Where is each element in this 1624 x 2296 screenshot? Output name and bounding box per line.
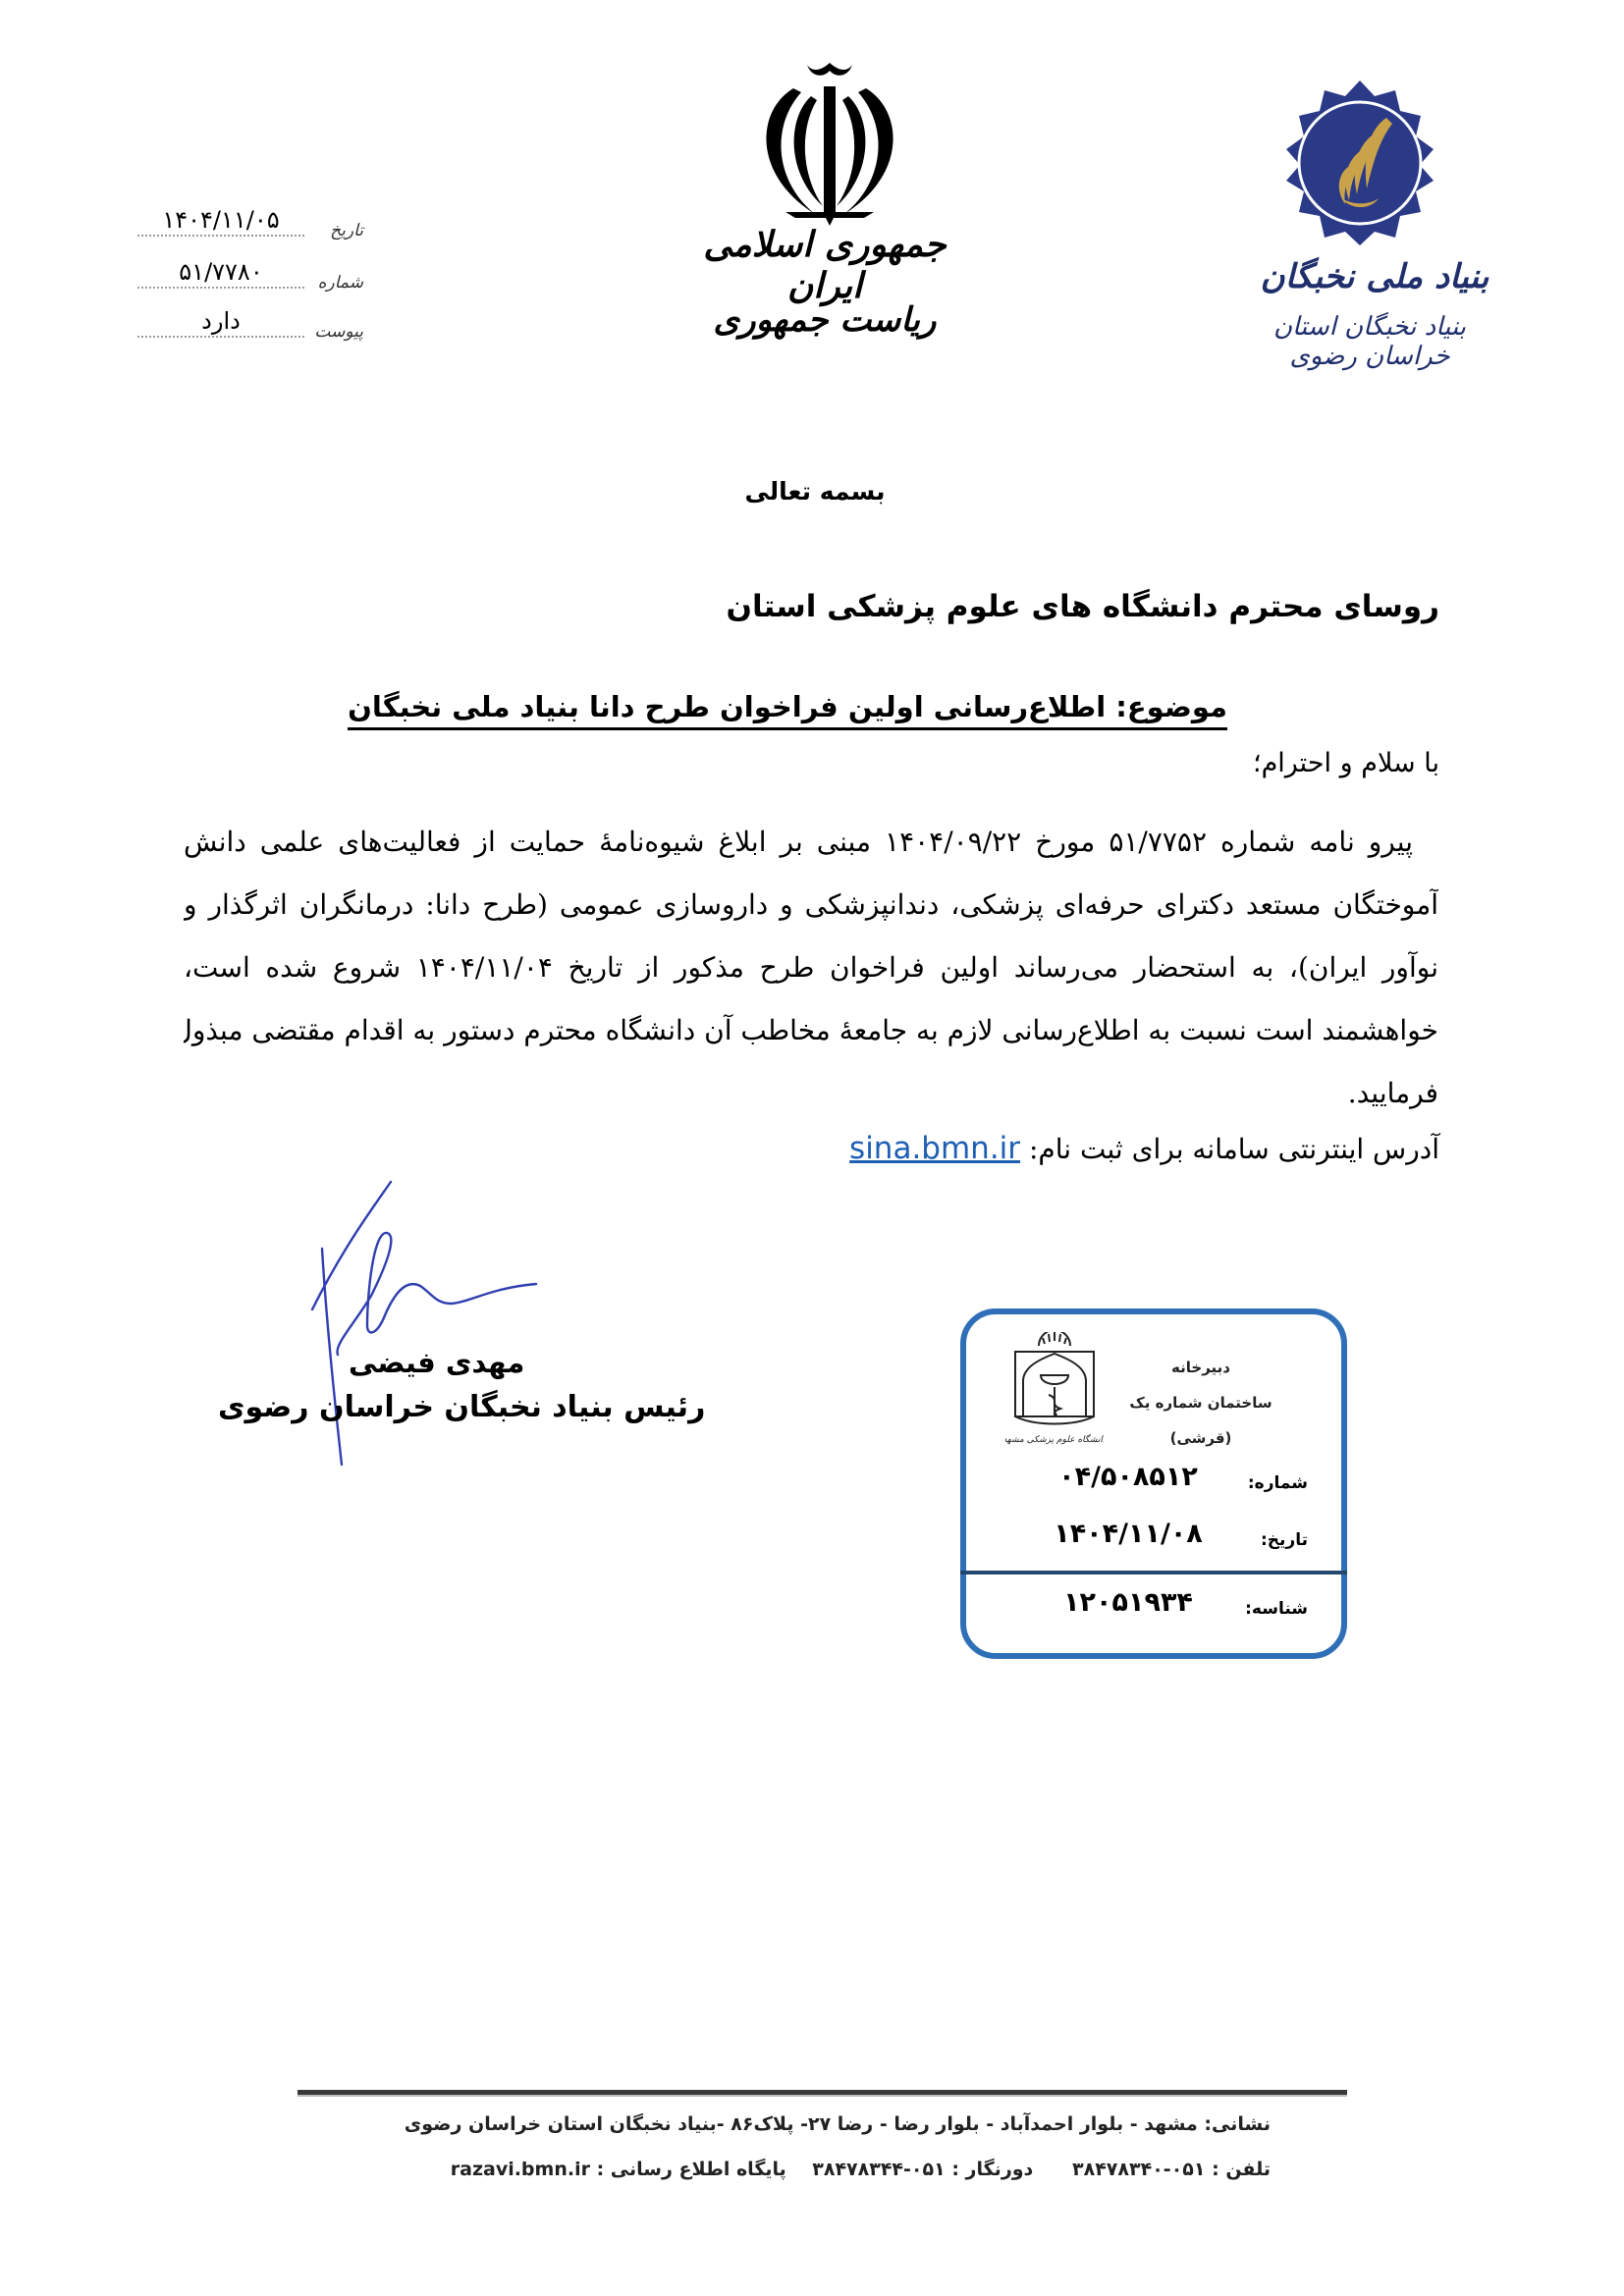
subject-line: موضوع: اطلاع‌رسانی اولین فراخوان طرح دان… <box>348 690 1227 730</box>
footer-website-label: پایگاه اطلاع رسانی : <box>597 2159 786 2180</box>
footer-website-link[interactable]: razavi.bmn.ir <box>451 2159 590 2180</box>
registration-url-line: آدرس اینترنتی سامانه برای ثبت نام: sina.… <box>849 1131 1439 1166</box>
stamp-id-row: شناسه: ۱۲۰۵۱۹۳۴ <box>966 1587 1341 1627</box>
letter-attachment-label: پیوست <box>314 322 363 342</box>
footer-contact: تلفن : ۰۵۱-۳۸۴۷۸۳۴۰ دورنگار : ۰۵۱-۳۸۴۷۸۳… <box>451 2159 1271 2180</box>
letter-number-label: شماره <box>318 273 363 293</box>
footer-divider <box>298 2090 1347 2095</box>
stamp-id-label: شناسه: <box>1245 1599 1308 1619</box>
stamp-number-value: ۰۴/۵۰۸۵۱۲ <box>1035 1462 1221 1492</box>
foundation-name-national: بنیاد ملی نخبگان <box>1247 257 1502 296</box>
letter-attachment-field: دارد پیوست <box>137 302 363 342</box>
body-paragraph-line: فرمایید. <box>184 1074 1438 1137</box>
letter-date-value: ۱۴۰۴/۱۱/۰۵ <box>137 205 304 237</box>
signer-title: رئیس بنیاد نخبگان خراسان رضوی <box>218 1390 705 1424</box>
stamp-date-row: تاریخ: ۱۴۰۴/۱۱/۰۸ <box>966 1519 1341 1558</box>
university-logo-caption: دانشگاه علوم پزشکی مشهد <box>1005 1433 1104 1445</box>
signer-name: مهدی فیضی <box>349 1346 524 1379</box>
footer-phone-label: تلفن : <box>1212 2159 1271 2180</box>
footer-phone: ۰۵۱-۳۸۴۷۸۳۴۰ <box>1072 2159 1205 2180</box>
elites-foundation-logo-icon <box>1276 79 1443 245</box>
university-logo-icon: دانشگاه علوم پزشکی مشهد <box>1005 1332 1104 1448</box>
stamp-id-value: ۱۲۰۵۱۹۳۴ <box>1035 1587 1221 1618</box>
stamp-office-block: دبیرخانه ساختمان شماره یک (قرشی) <box>1117 1350 1284 1456</box>
stamp-office: دبیرخانه <box>1117 1350 1284 1385</box>
letter-attachment-value: دارد <box>137 306 304 338</box>
stamp-number-row: شماره: ۰۴/۵۰۸۵۱۲ <box>966 1462 1341 1501</box>
stamp-divider <box>960 1571 1347 1575</box>
body-paragraph-line: آموختگان مستعد دکترای حرفه‌ای پزشکی، دند… <box>184 885 1438 948</box>
emblem-title-republic: جمهوری اسلامی ایران <box>677 224 972 306</box>
stamp-date-value: ۱۴۰۴/۱۱/۰۸ <box>1035 1519 1221 1549</box>
registration-url-label: آدرس اینترنتی سامانه برای ثبت نام: <box>1029 1133 1439 1165</box>
letter-number-value: ۵۱/۷۷۸۰ <box>137 257 304 289</box>
secretariat-receipt-stamp: دانشگاه علوم پزشکی مشهد دبیرخانه ساختمان… <box>960 1308 1347 1659</box>
emblem-title-presidency: ریاست جمهوری <box>677 300 972 340</box>
body-paragraph-line: پیرو نامه شماره ۵۱/۷۷۵۲ مورخ ۱۴۰۴/۰۹/۲۲ … <box>184 823 1438 885</box>
body-paragraph-line: نوآور ایران)، به استحضار می‌رساند اولین … <box>184 948 1438 1011</box>
stamp-date-label: تاریخ: <box>1261 1530 1308 1550</box>
foundation-name-provincial: بنیاد نخبگان استان خراسان رضوی <box>1227 312 1512 371</box>
footer-fax-label: دورنگار : <box>951 2159 1033 2180</box>
stamp-number-label: شماره: <box>1248 1473 1308 1493</box>
footer-fax: ۰۵۱-۳۸۴۷۸۳۴۴ <box>812 2159 945 2180</box>
letter-number-field: ۵۱/۷۷۸۰ شماره <box>137 253 363 293</box>
stamp-building-name: (قرشی) <box>1117 1420 1284 1456</box>
iran-emblem-icon <box>746 57 913 234</box>
stamp-building: ساختمان شماره یک <box>1117 1385 1284 1420</box>
greeting-line: با سلام و احترام؛ <box>1253 748 1439 778</box>
handwritten-signature-icon <box>295 1178 589 1482</box>
registration-url-link[interactable]: sina.bmn.ir <box>849 1131 1020 1166</box>
letter-date-field: ۱۴۰۴/۱۱/۰۵ تاریخ <box>137 201 363 240</box>
footer-address: نشانی: مشهد - بلوار احمدآباد - بلوار رضا… <box>405 2113 1271 2135</box>
body-paragraph-line: خواهشمند است نسبت به اطلاع‌رسانی لازم به… <box>184 1011 1438 1074</box>
bismillah-heading: بسمه تعالی <box>687 477 943 506</box>
letter-date-label: تاریخ <box>330 221 363 240</box>
recipient-line: روسای محترم دانشگاه های علوم پزشکی استان <box>727 589 1440 624</box>
